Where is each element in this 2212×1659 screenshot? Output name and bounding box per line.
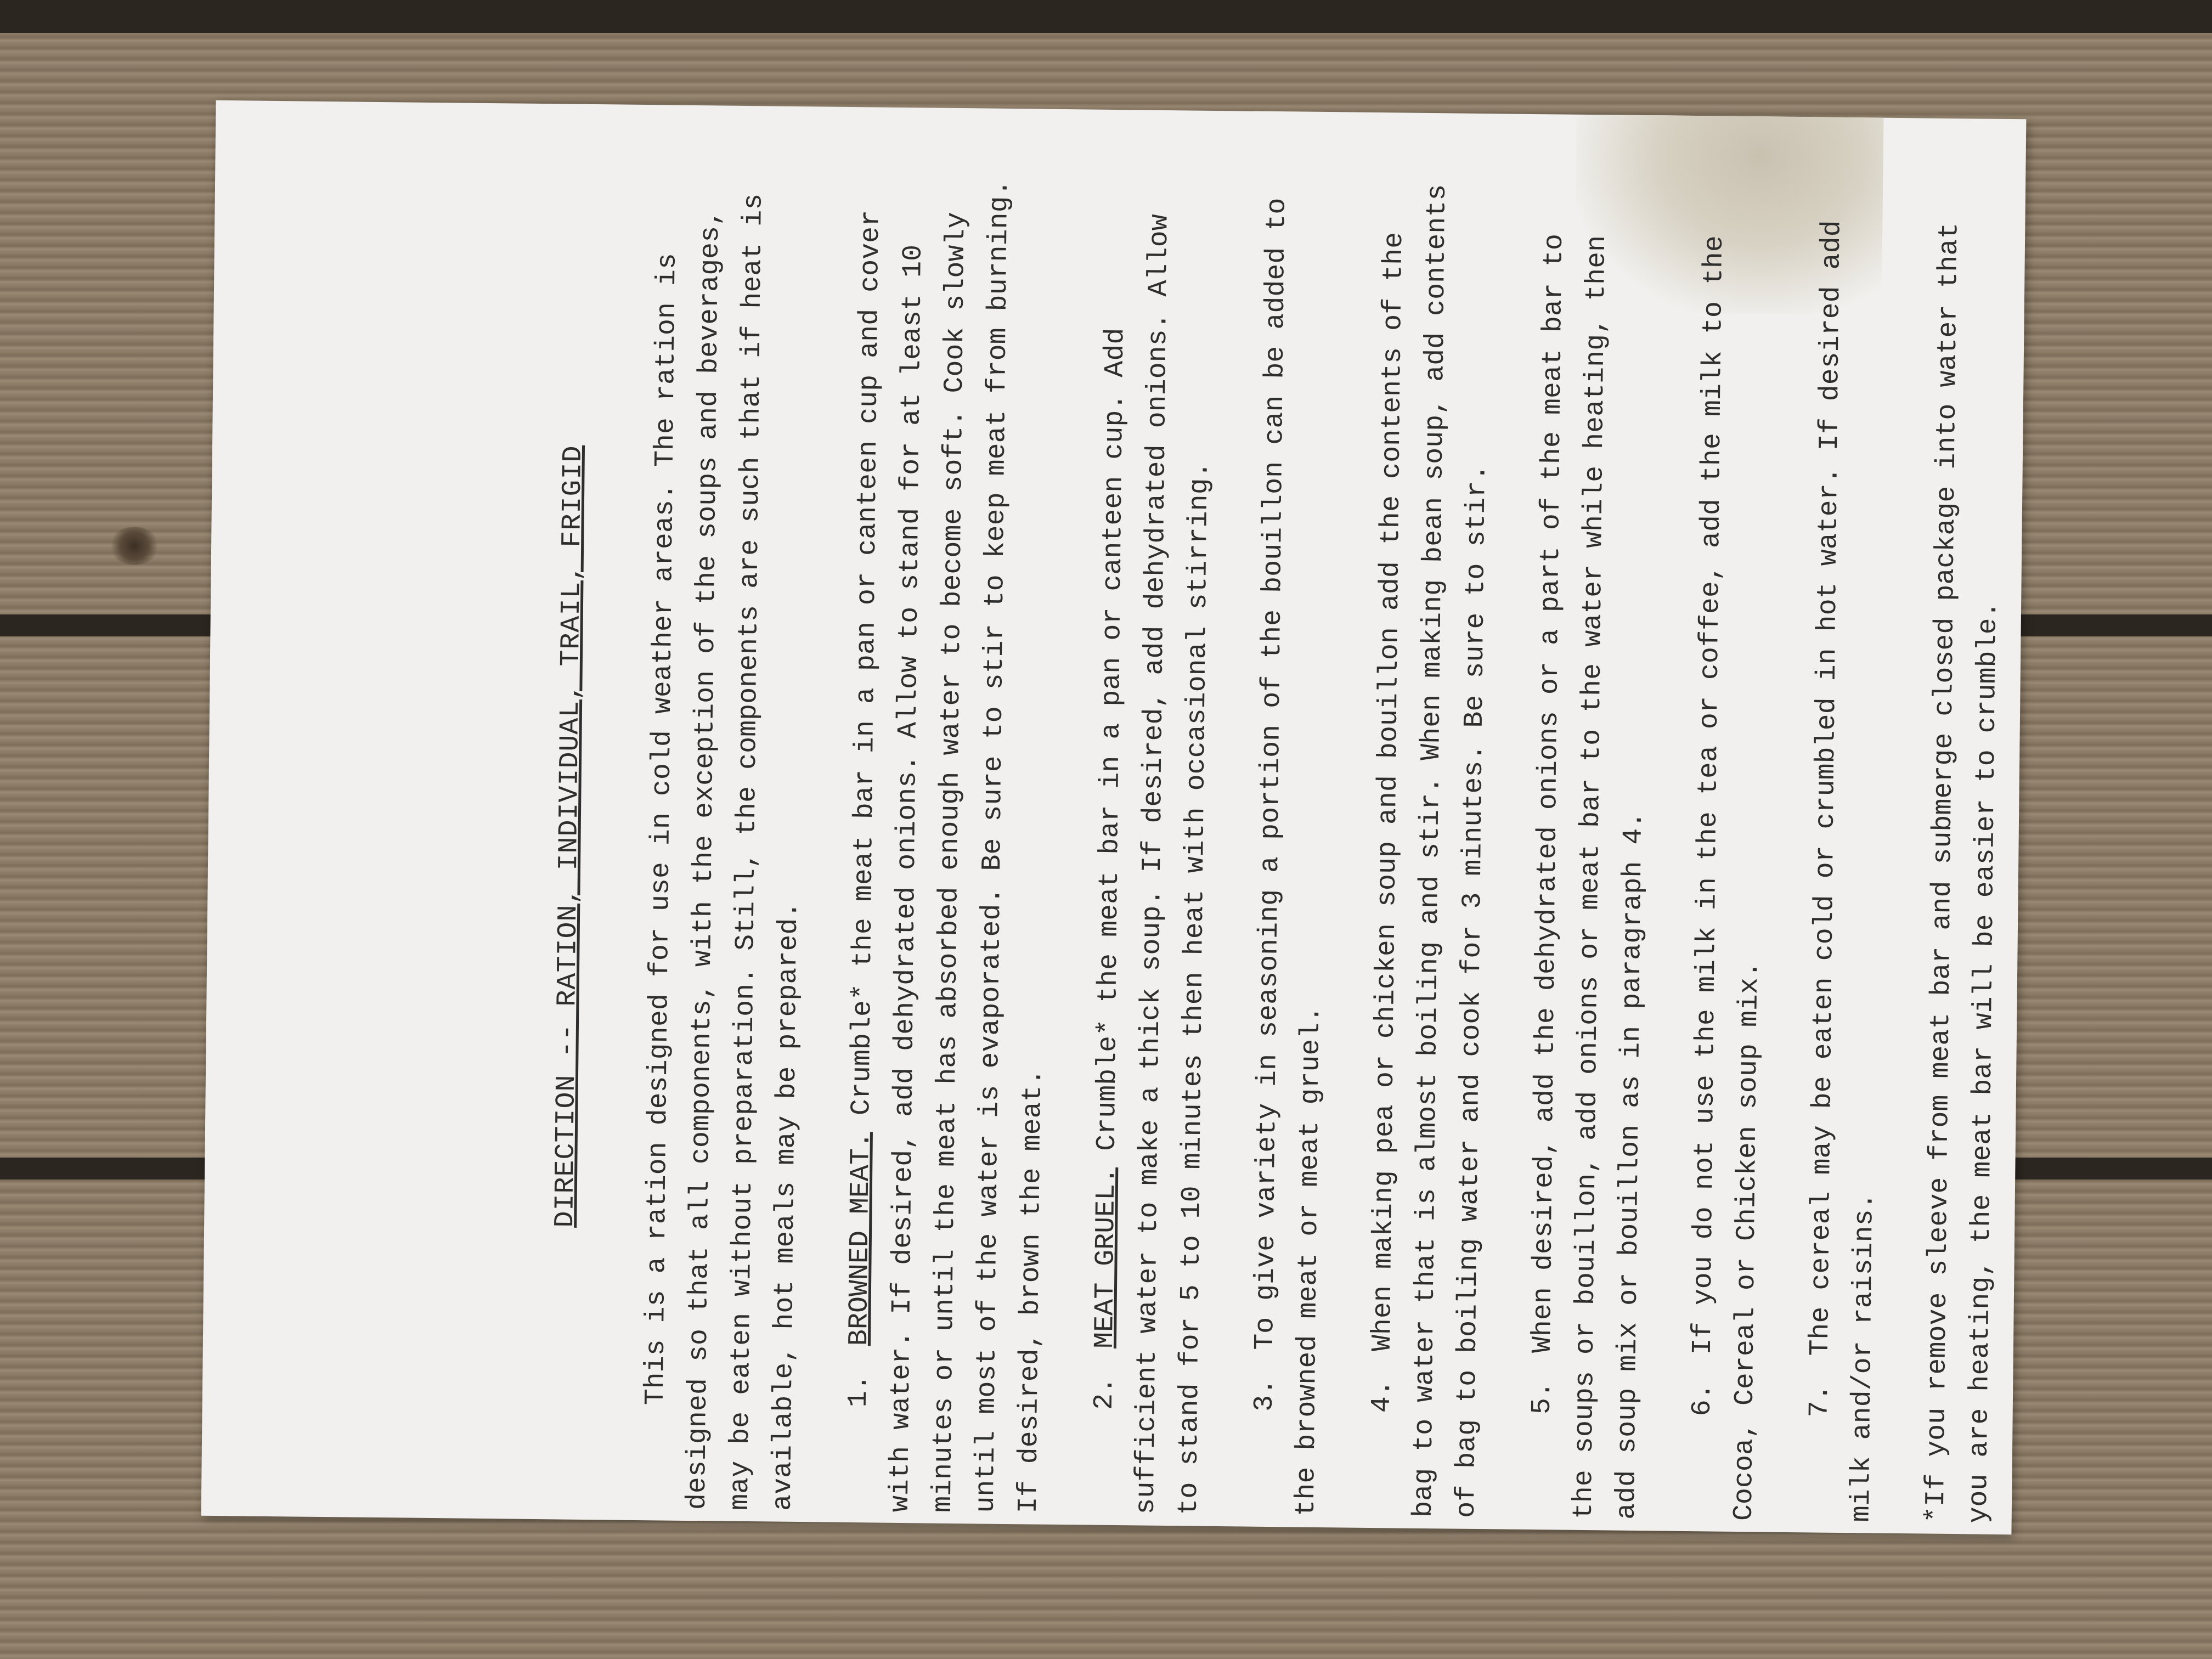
item-4: 4. When making pea or chicken soup and b… [1360, 173, 1503, 1518]
intro-paragraph: This is a ration designed for use in col… [634, 165, 819, 1511]
item-number: 3. [1249, 1379, 1281, 1412]
item-7: 7. The cereal may be eaten cold or crumb… [1798, 177, 1898, 1522]
item-2: 2. MEAT GRUEL. Crumble* the meat bar in … [1082, 170, 1225, 1515]
deck-gap [0, 0, 2212, 33]
item-6: 6. If you do not use the milk in the tea… [1680, 176, 1780, 1521]
typed-document-sheet: DIRECTION -- RATION, INDIVIDUAL, TRAIL, … [201, 100, 2027, 1534]
item-number: 2. [1089, 1377, 1121, 1410]
item-text: Crumble* the meat bar in a pan or cantee… [846, 179, 1049, 1514]
document-text: DIRECTION -- RATION, INDIVIDUAL, TRAIL, … [432, 163, 2027, 1526]
item-1: 1. BROWNED MEAT. Crumble* the meat bar i… [837, 167, 1065, 1514]
item-number: 6. [1687, 1383, 1719, 1417]
item-heading: MEAT GRUEL. [1090, 1167, 1122, 1349]
item-3: 3. To give variety in seasoning a portio… [1243, 172, 1342, 1516]
item-number: 4. [1367, 1380, 1398, 1413]
item-text: If you do not use the milk in the tea or… [1688, 235, 1766, 1521]
item-number: 1. [843, 1374, 875, 1408]
item-heading: BROWNED MEAT. [844, 1132, 877, 1346]
wood-knot [110, 527, 159, 565]
item-text: When making pea or chicken soup and boui… [1367, 184, 1493, 1518]
footnote: *If you remove sleeve from meat bar and … [1915, 179, 2015, 1523]
item-text: To give variety in seasoning a portion o… [1250, 198, 1328, 1516]
item-text: When desired, add the dehydrated onions … [1527, 234, 1650, 1520]
item-text: The cereal may be eaten cold or crumbled… [1805, 220, 1881, 1522]
document-title: DIRECTION -- RATION, INDIVIDUAL, TRAIL, … [541, 164, 599, 1509]
item-number: 7. [1804, 1384, 1836, 1418]
item-number: 5. [1527, 1381, 1559, 1415]
item-5: 5. When desired, add the dehydrated onio… [1520, 174, 1663, 1520]
